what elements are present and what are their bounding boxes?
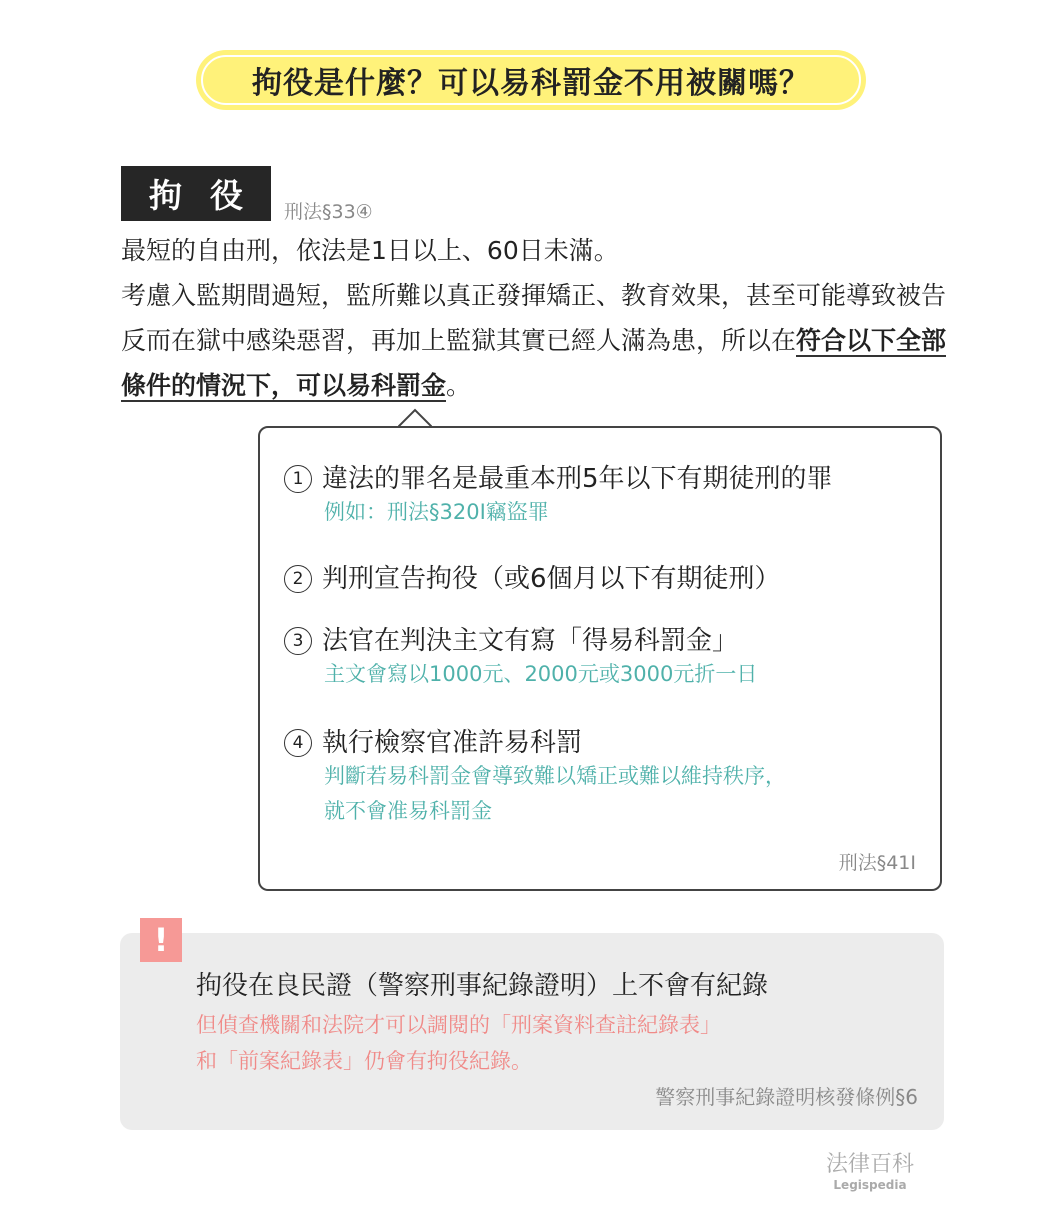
circled-number-icon: 1: [284, 465, 312, 493]
title-banner: 拘役是什麼？可以易科罰金不用被關嗎？: [196, 50, 866, 110]
circled-number-icon: 3: [284, 627, 312, 655]
circled-number-icon: 2: [284, 565, 312, 593]
condition-item: 3法官在判決主文有寫「得易科罰金」 主文會寫以1000元、2000元或3000元…: [284, 620, 757, 692]
explanation-suffix: 。: [446, 371, 471, 400]
term-label: 拘役: [121, 166, 271, 221]
definition-line: 最短的自由刑，依法是1日以上、60日未滿。: [121, 228, 961, 273]
conditions-callout: 1違法的罪名是最重本刑5年以下有期徒刑的罪 例如：刑法§320Ⅰ竊盜罪 2判刑宣…: [258, 426, 942, 891]
logo-chinese: 法律百科: [820, 1147, 920, 1178]
term-reference: 刑法§33④: [284, 197, 373, 224]
circled-number-icon: 4: [284, 729, 312, 757]
explanation-text: 考慮入監期間過短，監所難以真正發揮矯正、教育效果，甚至可能導致被告反而在獄中感染…: [121, 273, 961, 408]
exclamation-icon: !: [140, 918, 182, 962]
logo-english: Legispedia: [820, 1178, 920, 1192]
callout-pointer: [398, 408, 432, 428]
notice-detail-line: 和「前案紀錄表」仍會有拘役紀錄。: [196, 1043, 721, 1079]
condition-text: 執行檢察官准許易科罰: [322, 728, 582, 758]
notice-box: 拘役在良民證（警察刑事紀錄證明）上不會有紀錄 但偵查機關和法院才可以調閱的「刑案…: [120, 933, 944, 1130]
notice-detail: 但偵查機關和法院才可以調閱的「刑案資料查註紀錄表」 和「前案紀錄表」仍會有拘役紀…: [196, 1007, 721, 1079]
condition-note: 判斷若易科罰金會導致難以矯正或難以維持秩序，: [324, 759, 786, 794]
conditions-reference: 刑法§41Ⅰ: [839, 848, 916, 875]
definition-paragraph: 最短的自由刑，依法是1日以上、60日未滿。 考慮入監期間過短，監所難以真正發揮矯…: [121, 228, 961, 408]
condition-item: 2判刑宣告拘役（或6個月以下有期徒刑）: [284, 558, 781, 595]
condition-item: 1違法的罪名是最重本刑5年以下有期徒刑的罪 例如：刑法§320Ⅰ竊盜罪: [284, 458, 833, 530]
condition-text: 法官在判決主文有寫「得易科罰金」: [322, 626, 738, 656]
notice-reference: 警察刑事紀錄證明核發條例§6: [655, 1081, 918, 1110]
condition-text: 違法的罪名是最重本刑5年以下有期徒刑的罪: [322, 464, 833, 494]
page-title: 拘役是什麼？可以易科罰金不用被關嗎？: [201, 55, 861, 105]
notice-detail-line: 但偵查機關和法院才可以調閱的「刑案資料查註紀錄表」: [196, 1007, 721, 1043]
notice-heading: 拘役在良民證（警察刑事紀錄證明）上不會有紀錄: [196, 965, 768, 1002]
condition-text: 判刑宣告拘役（或6個月以下有期徒刑）: [322, 564, 781, 594]
brand-logo: 法律百科 Legispedia: [820, 1147, 920, 1192]
condition-note: 主文會寫以1000元、2000元或3000元折一日: [324, 657, 757, 692]
condition-item: 4執行檢察官准許易科罰 判斷若易科罰金會導致難以矯正或難以維持秩序， 就不會准易…: [284, 722, 786, 829]
condition-note: 例如：刑法§320Ⅰ竊盜罪: [324, 495, 833, 530]
condition-note: 就不會准易科罰金: [324, 794, 786, 829]
